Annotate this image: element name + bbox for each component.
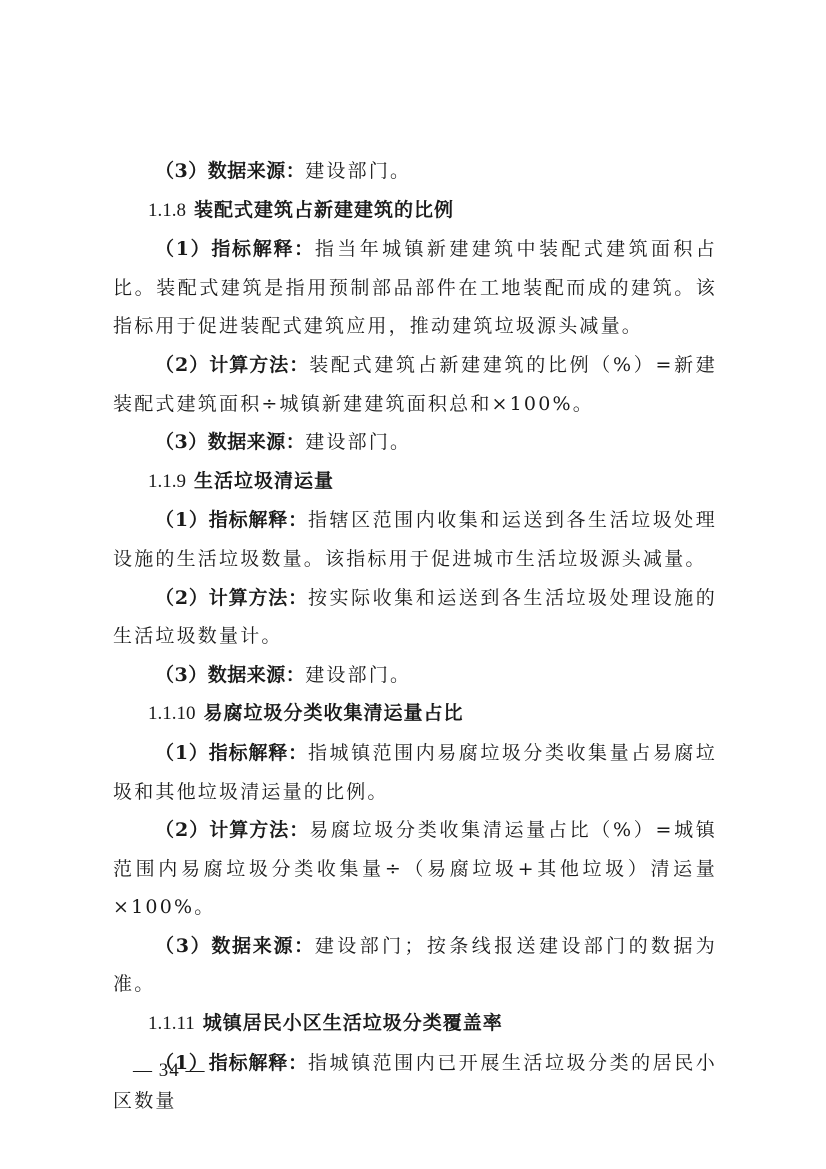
paragraph-indicator-explanation: （1）指标解释：指当年城镇新建建筑中装配式建筑面积占比。装配式建筑是指用预制部品… [113,230,717,346]
paragraph-calculation-method: （2）计算方法：易腐垃圾分类收集清运量占比（%）=城镇范围内易腐垃圾分类收集量÷… [113,811,717,927]
paragraph-data-source: （3）数据来源：建设部门。 [113,656,717,695]
paragraph-data-source: （3）数据来源：建设部门。 [113,152,717,191]
paragraph-label: （1）指标解释： [155,238,315,260]
paragraph-text: 建设部门。 [305,160,411,182]
paragraph-indicator-explanation: （1）指标解释：指城镇范围内易腐垃圾分类收集量占易腐垃圾和其他垃圾清运量的比例。 [113,734,717,811]
section-heading-1-1-9: 1.1.9生活垃圾清运量 [113,462,717,502]
section-title: 易腐垃圾分类收集清运量占比 [204,702,464,724]
section-number: 1.1.9 [148,471,186,492]
paragraph-label: （2）计算方法： [155,587,308,609]
document-page: （3）数据来源：建设部门。 1.1.8装配式建筑占新建建筑的比例 （1）指标解释… [0,0,826,1169]
page-number: — 34 — [133,1060,206,1082]
document-body: （3）数据来源：建设部门。 1.1.8装配式建筑占新建建筑的比例 （1）指标解释… [113,152,717,1121]
paragraph-label: （3）数据来源： [155,160,305,182]
section-heading-1-1-8: 1.1.8装配式建筑占新建建筑的比例 [113,191,717,231]
paragraph-label: （3）数据来源： [155,664,305,686]
section-number: 1.1.11 [148,1013,195,1034]
section-title: 城镇居民小区生活垃圾分类覆盖率 [203,1012,503,1034]
paragraph-label: （2）计算方法： [155,819,309,841]
section-number: 1.1.8 [148,200,186,221]
paragraph-label: （3）数据来源： [155,431,305,453]
paragraph-indicator-explanation: （1）指标解释：指城镇范围内已开展生活垃圾分类的居民小区数量 [113,1044,717,1121]
section-number: 1.1.10 [148,703,196,724]
paragraph-label: （2）计算方法： [155,354,309,376]
paragraph-label: （1）指标解释： [155,742,308,764]
paragraph-label: （1）指标解释： [155,509,308,531]
section-title: 生活垃圾清运量 [194,470,334,492]
section-title: 装配式建筑占新建建筑的比例 [194,199,454,221]
paragraph-text: 建设部门。 [305,664,411,686]
paragraph-data-source: （3）数据来源：建设部门；按条线报送建设部门的数据为准。 [113,927,717,1004]
paragraph-calculation-method: （2）计算方法：装配式建筑占新建建筑的比例（%）=新建装配式建筑面积÷城镇新建建… [113,346,717,423]
paragraph-calculation-method: （2）计算方法：按实际收集和运送到各生活垃圾处理设施的生活垃圾数量计。 [113,579,717,656]
section-heading-1-1-11: 1.1.11城镇居民小区生活垃圾分类覆盖率 [113,1004,717,1044]
paragraph-label: （3）数据来源： [155,935,315,957]
paragraph-indicator-explanation: （1）指标解释：指辖区范围内收集和运送到各生活垃圾处理设施的生活垃圾数量。该指标… [113,501,717,578]
paragraph-data-source: （3）数据来源：建设部门。 [113,423,717,462]
section-heading-1-1-10: 1.1.10易腐垃圾分类收集清运量占比 [113,694,717,734]
paragraph-text: 建设部门。 [305,431,411,453]
